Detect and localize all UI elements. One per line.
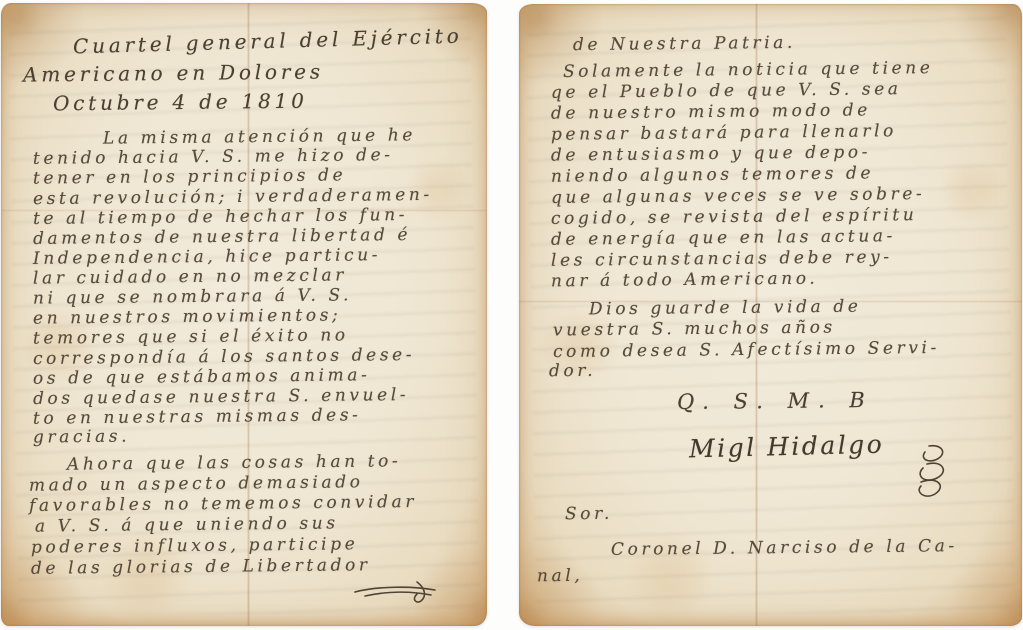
addressee-line: Coronel D. Narciso de la Ca- (611, 536, 958, 560)
manuscript-line: como desea S. Afectísimo Servi- (553, 338, 940, 362)
manuscript-line: Ahora que las cosas han to- (67, 451, 402, 474)
manuscript-line: dor. (549, 361, 596, 381)
manuscript-line: poderes influxos, participe (31, 534, 359, 557)
signature: Migl Hidalgo (689, 430, 885, 464)
manuscript-line: de entusiasmo y que depo- (551, 142, 871, 165)
letter-page-left: Cuartel general del Ejército Americano e… (1, 3, 487, 626)
manuscript-line: de energía que en las actua- (551, 226, 896, 250)
manuscript-line: niendo algunos temores de (551, 163, 874, 186)
manuscript-line: vuestra S. muchos años (553, 318, 836, 341)
manuscript-line: Solamente la noticia que tiene (563, 58, 934, 82)
manuscript-line: a V. S. á que uniendo sus (35, 513, 339, 536)
manuscript-line: cogido, se revista del espíritu (551, 205, 918, 229)
manuscript-line: qe el Pueblo de que V. S. sea (551, 79, 902, 103)
heading-line: Americano en Dolores (23, 59, 324, 86)
heading-line: Cuartel general del Ejército (73, 24, 463, 59)
manuscript-line: tener en los principios de (33, 165, 346, 188)
manuscript-line: de Nuestra Patria. (573, 33, 796, 55)
manuscript-line: pensar bastará para llenarlo (551, 121, 897, 145)
manuscript-line: Dios guarde la vida de (589, 297, 862, 320)
addressee-line: nal, (537, 566, 584, 586)
courtesy-formula: Q. S. M. B (677, 388, 874, 414)
manuscript-line: gracias. (33, 426, 130, 447)
manuscript-line: les circunstancias debe rey- (551, 247, 893, 271)
manuscript-line: favorables no tememos convidar (29, 492, 417, 516)
manuscript-line: temores que si el éxito no (33, 325, 349, 348)
manuscript-line: nar á todo Americano. (551, 269, 819, 292)
pen-flourish (351, 578, 441, 604)
signature-rubric (907, 442, 953, 500)
manuscript-line: que algunas veces se ve sobre- (551, 184, 926, 208)
manuscript-line: de nuestro mismo modo de (551, 100, 871, 123)
manuscript-line: de las glorias de Libertador (31, 555, 371, 579)
letter-page-right: de Nuestra Patria. Solamente la noticia … (519, 4, 1022, 626)
date-line: Octubre 4 de 1810 (53, 89, 308, 116)
addressee-title: Sor. (565, 504, 613, 525)
manuscript-line: to en nuestras mismas des- (33, 405, 362, 428)
